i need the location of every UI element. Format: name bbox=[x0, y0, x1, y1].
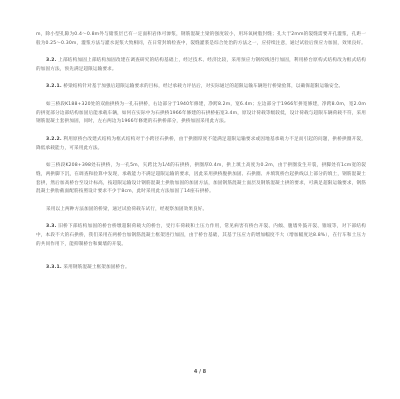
section-3-2-2: 3.2.2. 利用原桥台改建式结构为框式结构对于小跨径石拱桥，由于拱圈厚度不能满… bbox=[36, 136, 366, 154]
section-number: 3.2.2. bbox=[46, 137, 62, 142]
section-number: 3.2. bbox=[46, 58, 56, 63]
paragraph-text: 采用钢筋混凝土框架加固桥台。 bbox=[63, 265, 129, 270]
paragraph-0: m，除小型孔隙为0.4～0.8m外与储浆层已有一定面积岩体可渗浆，钢筋混凝土梁的… bbox=[36, 31, 366, 49]
section-3-2-1: 3.2.1. 桥梁结构针对基于加强后超限运输要求的目标，经过承载力评估后，对实际… bbox=[36, 83, 366, 92]
paragraph-text: 旧桥下部结构加固的桥台桥墩超限荷载大的桥台，受行车荷载和土压力作用，常见病害有桥… bbox=[36, 224, 366, 247]
paragraph-text: 如三桥段K188+320处的双曲拱桥为一孔石拱桥，右边部分于1940年修建，净跨… bbox=[36, 102, 366, 125]
section-3-2: 3.2. 上部结构加固上部结构加固改建在调查研究的结构基础上，经过技术、经济比较… bbox=[36, 57, 366, 75]
paragraph-text: 利用原桥台改建式结构为框式结构对于小跨径石拱桥，由于拱圈厚度不能满足超限运输要求… bbox=[36, 137, 366, 151]
paragraph-3: 如三桥段K188+320处的双曲拱桥为一孔石拱桥，右边部分于1940年修建，净跨… bbox=[36, 101, 366, 127]
paragraph-6: 采用以上两种方法加固的桥梁，通过试验荷载车试行，经观察加固效果良好。 bbox=[36, 206, 366, 215]
paragraph-text: 桥梁结构针对基于加强后超限运输要求的目标，经过承载力评估后，对实际通过的超限运输… bbox=[63, 84, 343, 89]
paragraph-text: 上部结构加固上部结构加固改建在调查研究的结构基础上，经过技术、经济比较，采用预应… bbox=[36, 58, 366, 72]
document-page: m，除小型孔隙为0.4～0.8m外与储浆层已有一定面积岩体可渗浆，钢筋混凝土梁的… bbox=[36, 31, 366, 281]
paragraph-text: m，除小型孔隙为0.4～0.8m外与储浆层已有一定面积岩体可渗浆，钢筋混凝土梁的… bbox=[36, 32, 366, 46]
section-number: 3.2.1. bbox=[46, 84, 62, 89]
section-number: 3.3. bbox=[46, 224, 56, 229]
paragraph-text: 采用以上两种方法加固的桥梁，通过试验荷载车试行，经观察加固效果良好。 bbox=[46, 207, 207, 212]
paragraph-text: 如三桥段K208+398处石拱桥，为一孔5m，矢跨比为1/4的石拱桥，拱圈厚0.… bbox=[36, 163, 366, 194]
section-number: 3.3.1. bbox=[46, 265, 62, 270]
section-3-3-1: 3.3.1. 采用钢筋混凝土框架加固桥台。 bbox=[36, 264, 366, 273]
section-3-3: 3.3. 旧桥下部结构加固的桥台桥墩超限荷载大的桥台，受行车荷载和土压力作用，常… bbox=[36, 223, 366, 249]
page-number: 4 / 8 bbox=[0, 369, 400, 375]
paragraph-5: 如三桥段K208+398处石拱桥，为一孔5m，矢跨比为1/4的石拱桥，拱圈厚0.… bbox=[36, 162, 366, 197]
